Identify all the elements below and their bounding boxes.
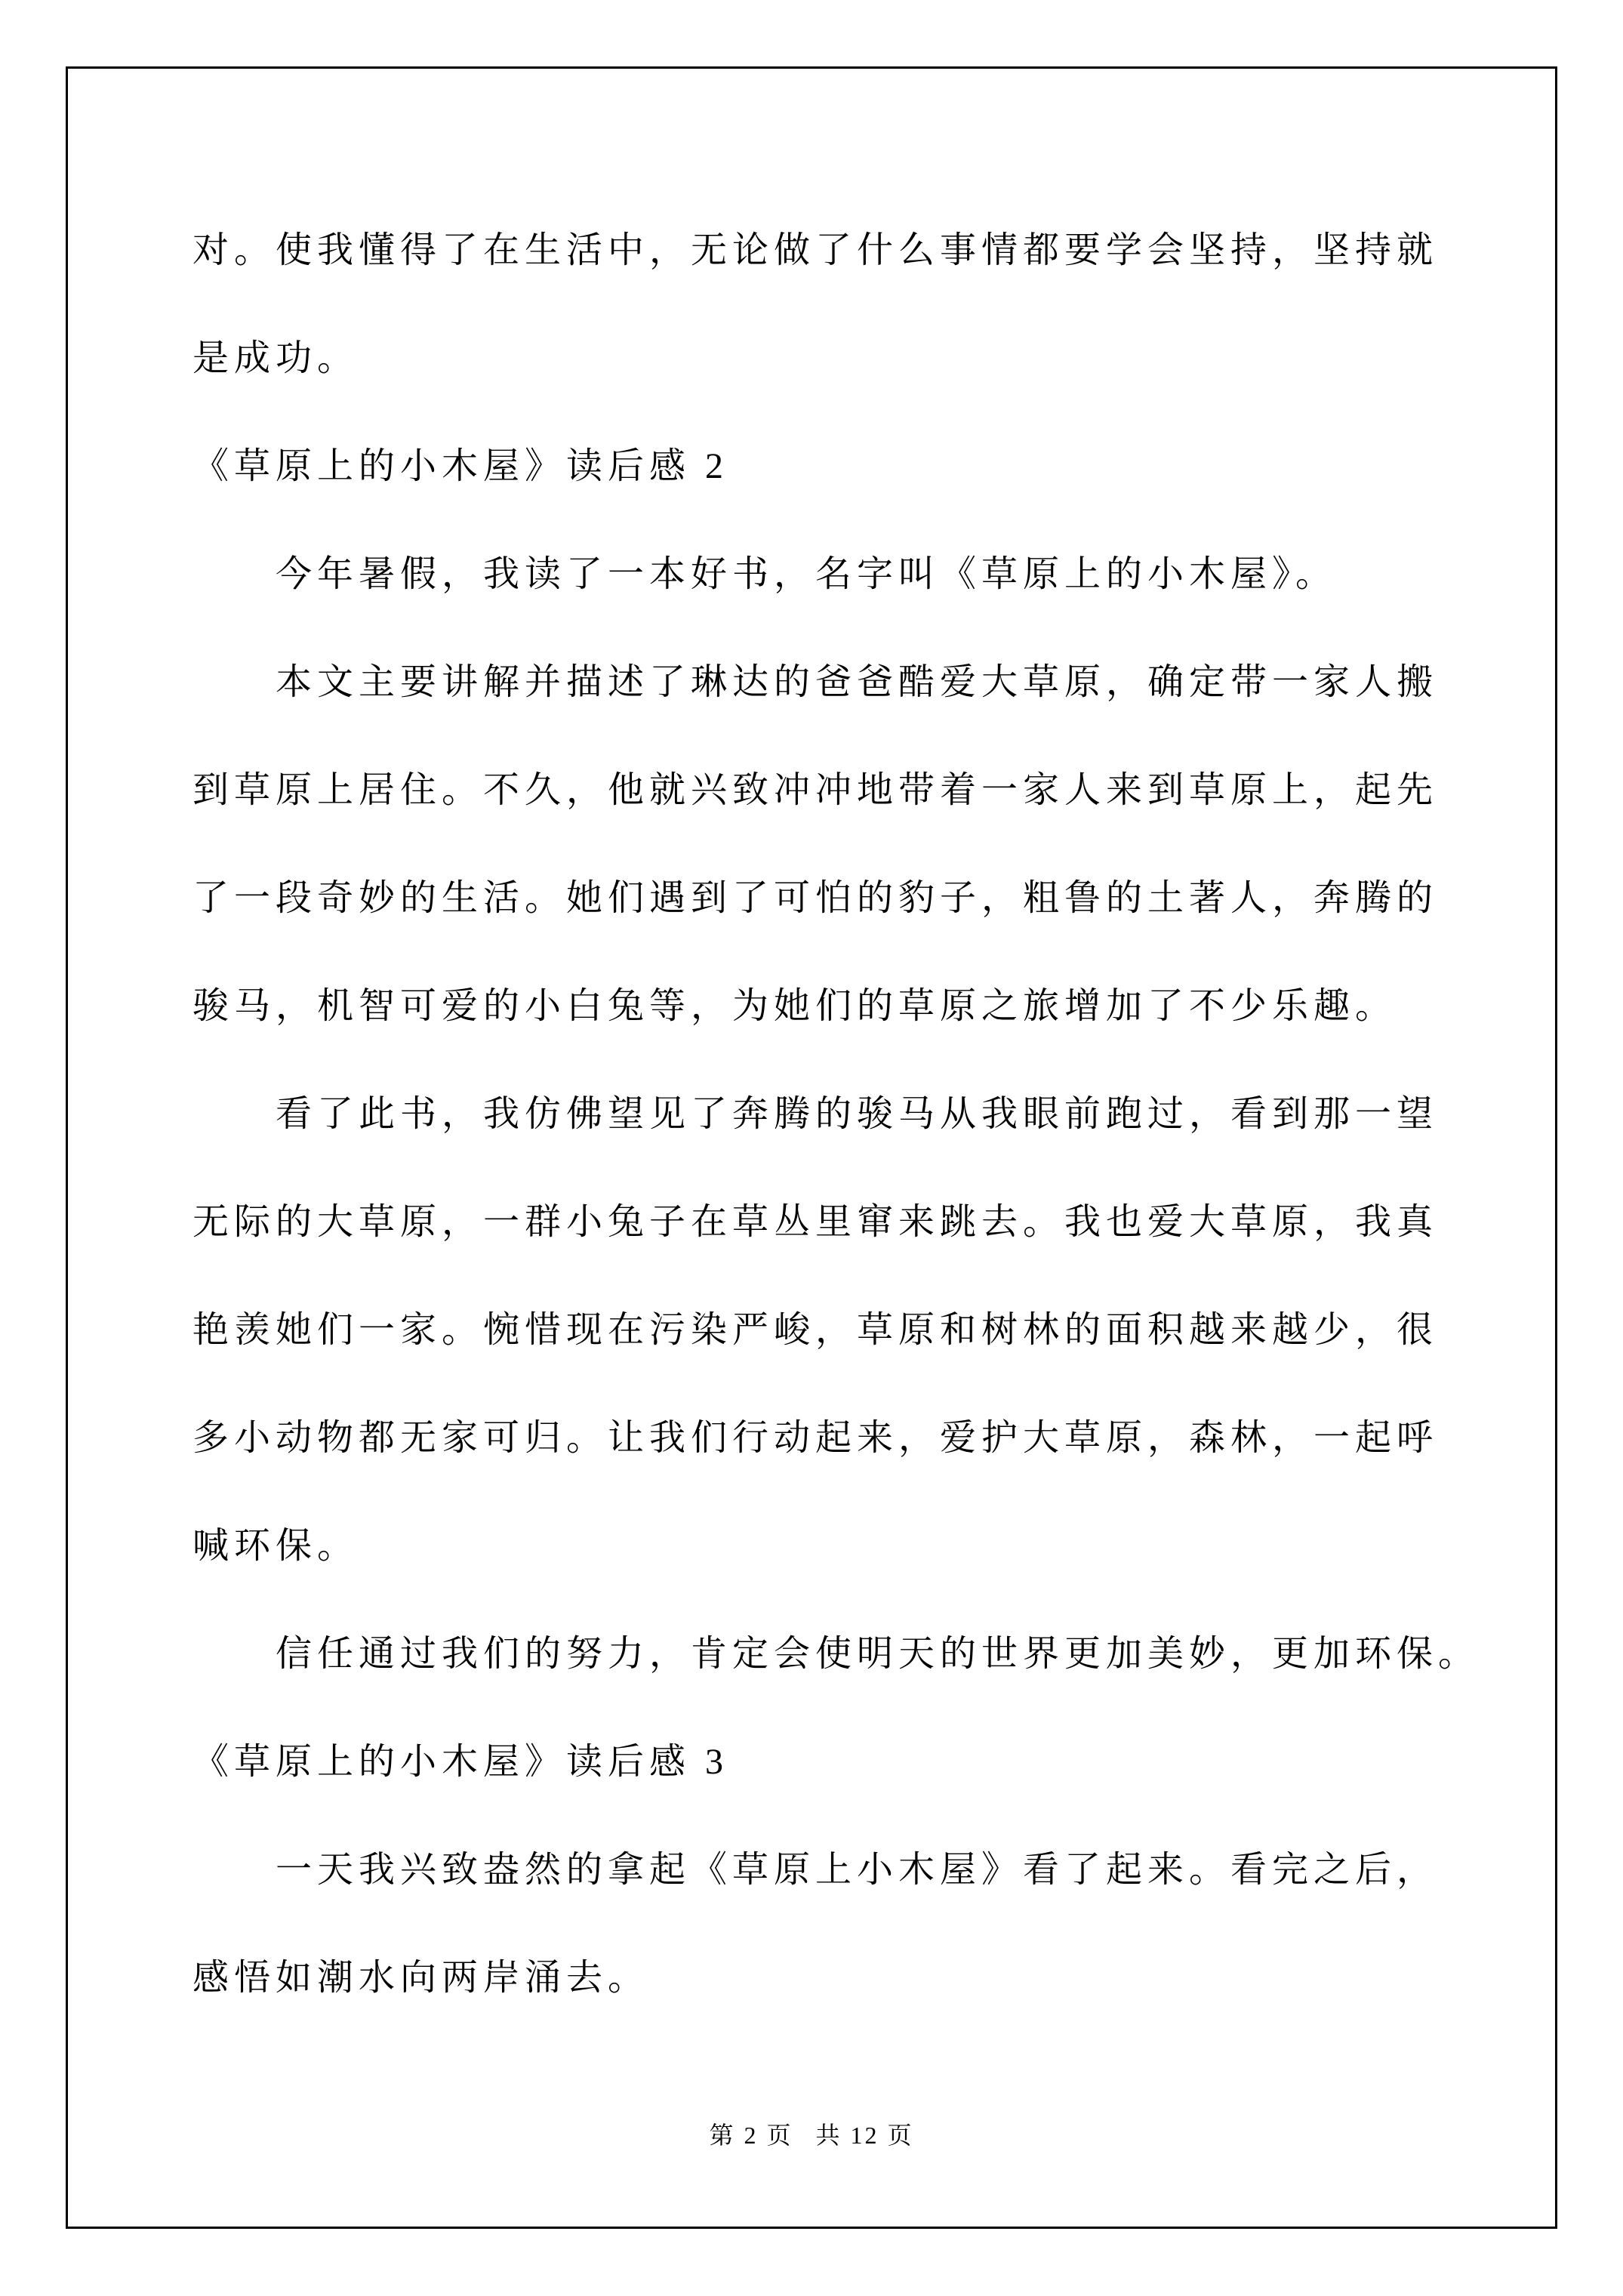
text-line: 看了此书，我仿佛望见了奔腾的骏马从我眼前跑过，看到那一望 — [192, 1060, 1476, 1168]
text-line: 了一段奇妙的生活。她们遇到了可怕的豹子，粗鲁的土著人，奔腾的 — [192, 844, 1476, 952]
document-body: 对。使我懂得了在生活中，无论做了什么事情都要学会坚持，坚持就 是成功。 《草原上… — [192, 196, 1476, 2032]
text-line: 艳羡她们一家。惋惜现在污染严峻，草原和树林的面积越来越少，很 — [192, 1276, 1476, 1384]
text-line: 到草原上居住。不久，他就兴致冲冲地带着一家人来到草原上，起先 — [192, 736, 1476, 844]
section-heading: 《草原上的小木屋》读后感 3 — [192, 1708, 1476, 1816]
total-pages-label: 共 12 页 — [816, 2122, 914, 2149]
text-line: 感悟如潮水向两岸涌去。 — [192, 1924, 1476, 2032]
text-line: 多小动物都无家可归。让我们行动起来，爱护大草原，森林，一起呼 — [192, 1384, 1476, 1492]
text-line: 喊环保。 — [192, 1492, 1476, 1600]
text-line: 无际的大草原，一群小兔子在草丛里窜来跳去。我也爱大草原，我真 — [192, 1168, 1476, 1276]
section-heading: 《草原上的小木屋》读后感 2 — [192, 412, 1476, 520]
text-line: 今年暑假，我读了一本好书，名字叫《草原上的小木屋》。 — [192, 520, 1476, 628]
text-line: 本文主要讲解并描述了琳达的爸爸酷爱大草原，确定带一家人搬 — [192, 628, 1476, 736]
text-line: 对。使我懂得了在生活中，无论做了什么事情都要学会坚持，坚持就 — [192, 196, 1476, 304]
text-line: 是成功。 — [192, 304, 1476, 412]
current-page-label: 第 2 页 — [709, 2122, 793, 2149]
text-line: 信任通过我们的努力，肯定会使明天的世界更加美妙，更加环保。 — [192, 1600, 1476, 1708]
text-line: 一天我兴致盎然的拿起《草原上小木屋》看了起来。看完之后， — [192, 1816, 1476, 1924]
text-line: 骏马，机智可爱的小白兔等，为她们的草原之旅增加了不少乐趣。 — [192, 952, 1476, 1060]
page-footer: 第 2 页共 12 页 — [0, 2116, 1623, 2154]
